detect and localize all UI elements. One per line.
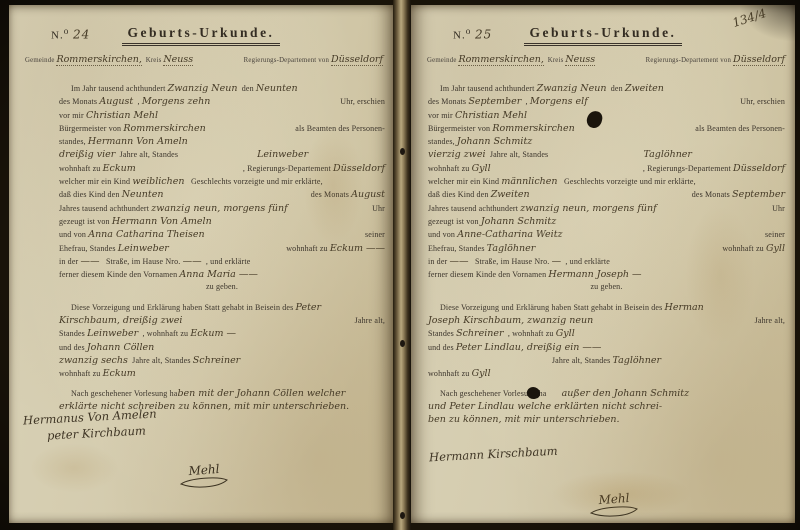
printed-text: zu geben.	[206, 282, 238, 291]
text-line: und von Anna Catharina Theisenseiner	[59, 229, 385, 242]
text-line: Bürgermeister von Rommerskirchenals Beam…	[59, 123, 385, 136]
printed-text: Bürgermeister von	[428, 124, 492, 133]
handwritten-text: September	[732, 189, 785, 200]
printed-text: welcher mir ein Kind	[59, 177, 132, 186]
printed-text: Gemeinde	[427, 57, 458, 64]
text-line: zwanzig sechs Jahre alt, Standes Schrein…	[59, 355, 385, 368]
handwritten-text: Schreiner	[193, 355, 240, 366]
printed-text: des Monats	[59, 97, 99, 106]
text-line: Ehefrau, Standes Taglöhnerwohnhaft zu Gy…	[428, 243, 785, 256]
handwritten-text: Zweiten	[625, 83, 664, 94]
handwritten-text: zwanzig sechs	[59, 355, 128, 366]
registrar-signature: Mehl	[579, 492, 649, 518]
handwritten-text: dreißig vier	[59, 149, 115, 160]
text-line: und Peter Lindlau welche erklärten nicht…	[428, 401, 785, 414]
handwritten-text: ben mit der Johann Cöllen welcher	[177, 388, 345, 399]
handwritten-text: Zwanzig Neun	[537, 83, 607, 94]
text-line: Jahres tausend achthundert zwanzig neun,…	[59, 203, 385, 216]
witness-signature: peter Kirchbaum	[47, 423, 146, 442]
handwritten-text: ——	[450, 256, 469, 267]
binding-stitch	[400, 148, 405, 155]
handwritten-text: Zwanzig Neun	[168, 83, 238, 94]
handwritten-text: Neunten	[122, 189, 164, 200]
printed-text: und von	[428, 230, 457, 239]
handwritten-text: männlichen	[501, 176, 557, 187]
printed-text: ferner diesem Kinde den Vornamen	[428, 270, 548, 279]
handwritten-text: Gyll	[556, 328, 575, 339]
printed-text: Jahre alt, Standes	[486, 150, 551, 159]
book-binding-gutter	[393, 0, 411, 530]
printed-text: , Regierungs-Departement	[243, 164, 333, 173]
text-line: Gemeinde Rommerskirchen, Kreis NeussRegi…	[427, 54, 785, 67]
printed-text: seiner	[365, 230, 385, 239]
handwritten-text: Johann Schmitz	[457, 136, 532, 147]
handwritten-text: und Peter Lindlau welche erklärten nicht…	[428, 401, 662, 412]
handwritten-text: Düsseldorf	[733, 54, 785, 66]
printed-text: , wohnhaft zu	[504, 329, 556, 338]
printed-text: Jahre alt, Standes	[128, 356, 193, 365]
printed-text: Straße, im Hause Nro.	[469, 257, 552, 266]
certificate-body-text: Im Jahr tausend achthundert Zwanzig Neun…	[428, 83, 785, 427]
handwritten-text: Herman	[665, 302, 704, 313]
printed-text: des Monats	[311, 190, 351, 199]
printed-text: vor mir	[59, 111, 86, 120]
certificate-title: Geburts-Urkunde.	[9, 24, 393, 46]
handwritten-text: ben zu können, mit mir unterschrieben.	[428, 414, 620, 425]
handwritten-text: zwanzig neun, morgens fünf	[520, 203, 656, 214]
printed-text: Uhr, erschien	[340, 97, 385, 106]
printed-text: Diese Vorzeigung und Erklärung haben Sta…	[71, 303, 296, 312]
printed-text: in der	[428, 257, 450, 266]
text-line: Ehefrau, Standes Leinweberwohnhaft zu Ec…	[59, 243, 385, 256]
printed-text: welcher mir ein Kind	[428, 177, 501, 186]
handwritten-text: Rommerskirchen	[123, 123, 205, 134]
handwritten-text: Taglöhner	[643, 149, 692, 160]
text-line: in der —— Straße, im Hause Nro. —— , und…	[59, 256, 385, 269]
handwritten-text: Kirschbaum, dreißig zwei	[59, 315, 182, 326]
printed-text: wohnhaft zu	[59, 164, 103, 173]
witness-signature: Hermann Kirschbaum	[429, 444, 558, 465]
handwritten-text: Rommerskirchen,	[458, 54, 543, 66]
printed-text: zu geben.	[590, 282, 622, 291]
printed-text: Jahre alt,	[755, 316, 785, 325]
handwritten-text: August	[99, 96, 133, 107]
handwritten-text: Eckum ——	[330, 243, 385, 254]
printed-text: vor mir	[428, 111, 455, 120]
handwritten-text: weiblichen	[132, 176, 184, 187]
text-line: Standes Schreiner , wohnhaft zu Gyll	[428, 328, 785, 341]
printed-text: Kreis	[544, 57, 565, 64]
handwritten-text: Morgens zehn	[142, 96, 211, 107]
printed-text: Standes	[59, 329, 87, 338]
handwritten-text: Eckum	[103, 368, 136, 379]
printed-text: Geschlechts vorzeigte und mir erklärte,	[185, 177, 323, 186]
printed-text: Gemeinde	[25, 57, 56, 64]
handwritten-text: August	[351, 189, 385, 200]
handwritten-text: Leinweber	[87, 328, 138, 339]
handwritten-text: Peter Lindlau, dreißig ein ——	[456, 342, 602, 353]
text-line: Jahres tausend achthundert zwanzig neun,…	[428, 203, 785, 216]
text-line: gezeugt ist von Hermann Von Ameln	[59, 216, 385, 229]
printed-text: , wohnhaft zu	[138, 329, 190, 338]
text-line: und von Anne-Catharina Weitzseiner	[428, 229, 785, 242]
text-line: und des Johann Cöllen	[59, 342, 385, 355]
handwritten-text: ——	[81, 256, 100, 267]
handwritten-text: Anna Catharina Theisen	[88, 229, 204, 240]
handwritten-text: Rommerskirchen	[492, 123, 574, 134]
printed-text: Im Jahr tausend achthundert	[440, 84, 537, 93]
text-line: Jahre alt, Standes Taglöhner	[428, 355, 785, 368]
printed-text: wohnhaft zu	[286, 244, 330, 253]
printed-text: wohnhaft zu	[428, 164, 472, 173]
printed-text: daß dies Kind den	[428, 190, 491, 199]
paper-stain	[29, 443, 119, 493]
text-line: daß dies Kind den Neuntendes Monats Augu…	[59, 189, 385, 202]
handwritten-text: Taglöhner	[613, 355, 662, 366]
text-line: standes, Johann Schmitz	[428, 136, 785, 149]
handwritten-text: Johann Cöllen	[87, 342, 154, 353]
printed-text: Im Jahr tausend achthundert	[71, 84, 168, 93]
printed-text: , Regierungs-Departement	[643, 164, 733, 173]
printed-text: Uhr	[372, 204, 385, 213]
text-line: vierzig zwei Jahre alt, Standes Taglöhne…	[428, 149, 785, 162]
handwritten-text: Christian Mehl	[86, 110, 158, 121]
registrar-signature: Mehl	[169, 463, 239, 489]
handwritten-text: Gyll	[472, 368, 491, 379]
certificate-body-text: Im Jahr tausend achthundert Zwanzig Neun…	[59, 83, 385, 414]
text-line: Im Jahr tausend achthundert Zwanzig Neun…	[59, 83, 385, 96]
handwritten-text: Gyll	[472, 163, 491, 174]
text-line: zu geben.	[59, 282, 385, 295]
handwritten-text: Anna Maria ——	[179, 269, 257, 280]
handwritten-text: Zweiten	[491, 189, 530, 200]
handwritten-text: Leinweber	[257, 149, 308, 160]
printed-text: wohnhaft zu	[722, 244, 766, 253]
printed-text: ,	[133, 97, 142, 106]
printed-text: Standes	[428, 329, 456, 338]
printed-text: , und erklärte	[561, 257, 610, 266]
handwritten-text: ——	[183, 256, 202, 267]
handwritten-text: Hermann Von Ameln	[88, 136, 188, 147]
printed-text: ferner diesem Kinde den Vornamen	[59, 270, 179, 279]
handwritten-text: Morgens elf	[530, 96, 588, 107]
printed-text: Diese Vorzeigung und Erklärung haben Sta…	[440, 303, 665, 312]
handwritten-text: außer den Johann Schmitz	[546, 388, 689, 399]
handwritten-text: Neuss	[565, 54, 595, 66]
printed-text: Jahre alt,	[355, 316, 385, 325]
printed-text: Regierungs-Departement von	[244, 57, 331, 64]
handwritten-text: Taglöhner	[487, 243, 536, 254]
handwritten-text: Neuss	[163, 54, 193, 66]
handwritten-text: Rommerskirchen,	[56, 54, 141, 66]
printed-text: den	[606, 84, 624, 93]
printed-text: gezeugt ist von	[59, 217, 112, 226]
handwritten-text: Eckum —	[190, 328, 236, 339]
text-line: gezeugt ist von Johann Schmitz	[428, 216, 785, 229]
text-line: welcher mir ein Kind männlichen Geschlec…	[428, 176, 785, 189]
certificate-title: Geburts-Urkunde.	[411, 24, 795, 46]
printed-text: Bürgermeister von	[59, 124, 123, 133]
text-line: dreißig vier Jahre alt, Standes Leinwebe…	[59, 149, 385, 162]
handwritten-text: Peter	[296, 302, 322, 313]
handwritten-text: Anne-Catharina Weitz	[457, 229, 562, 240]
text-line: des Monats September , Morgens elfUhr, e…	[428, 96, 785, 109]
text-line: Im Jahr tausend achthundert Zwanzig Neun…	[428, 83, 785, 96]
text-line: Standes Leinweber , wohnhaft zu Eckum —	[59, 328, 385, 341]
printed-text: des Monats	[692, 190, 732, 199]
printed-text: Regierungs-Departement von	[646, 57, 733, 64]
text-line: Nach geschehener Vorlesung ha außer den …	[428, 388, 785, 401]
text-line: Nach geschehener Vorlesung haben mit der…	[59, 388, 385, 401]
text-line: daß dies Kind den Zweitendes Monats Sept…	[428, 189, 785, 202]
text-line: wohnhaft zu Eckum	[59, 368, 385, 381]
printed-text: und des	[59, 343, 87, 352]
text-line: welcher mir ein Kind weiblichen Geschlec…	[59, 176, 385, 189]
handwritten-text: Hermann Von Ameln	[112, 216, 212, 227]
text-line: in der —— Straße, im Hause Nro. — , und …	[428, 256, 785, 269]
printed-text: Nach geschehener Vorlesung ha	[71, 389, 177, 398]
printed-text: und von	[59, 230, 88, 239]
printed-text: Ehefrau, Standes	[428, 244, 487, 253]
handwritten-text: Düsseldorf	[733, 163, 785, 174]
text-line: ferner diesem Kinde den Vornamen Anna Ma…	[59, 269, 385, 282]
text-line: vor mir Christian Mehl	[59, 110, 385, 123]
printed-text: wohnhaft zu	[59, 369, 103, 378]
handwritten-text: Schreiner	[456, 328, 503, 339]
printed-text: Geschlechts vorzeigte und mir erklärte,	[558, 177, 696, 186]
printed-text: Uhr, erschien	[740, 97, 785, 106]
binding-stitch	[400, 340, 405, 347]
handwritten-text: Leinweber	[118, 243, 169, 254]
printed-text: seiner	[765, 230, 785, 239]
printed-text: Jahre alt, Standes	[115, 150, 180, 159]
printed-text: Straße, im Hause Nro.	[100, 257, 183, 266]
handwritten-text: Eckum	[103, 163, 136, 174]
text-line: Diese Vorzeigung und Erklärung haben Sta…	[59, 302, 385, 315]
text-line: wohnhaft zu Eckum, Regierungs-Departemen…	[59, 163, 385, 176]
text-line: ben zu können, mit mir unterschrieben.	[428, 414, 785, 427]
printed-text: standes,	[59, 137, 88, 146]
printed-text: als Beamten des Personen-	[295, 124, 385, 133]
text-line: wohnhaft zu Gyll, Regierungs-Departement…	[428, 163, 785, 176]
handwritten-text: Christian Mehl	[455, 110, 527, 121]
handwritten-text: Düsseldorf	[333, 163, 385, 174]
text-line: Bürgermeister von Rommerskirchenals Beam…	[428, 123, 785, 136]
gemeinde-line: Gemeinde Rommerskirchen, Kreis NeussRegi…	[25, 54, 383, 67]
printed-text: und des	[428, 343, 456, 352]
text-line: zu geben.	[428, 282, 785, 295]
handwritten-text: Joseph Kirschbaum, zwanzig neun	[428, 315, 593, 326]
text-line: Diese Vorzeigung und Erklärung haben Sta…	[428, 302, 785, 315]
handwritten-text: zwanzig neun, morgens fünf	[151, 203, 287, 214]
printed-text: Ehefrau, Standes	[59, 244, 118, 253]
handwritten-text: September	[468, 96, 521, 107]
handwritten-text: Düsseldorf	[331, 54, 383, 66]
printed-text: ,	[521, 97, 530, 106]
printed-text: Jahre alt, Standes	[552, 356, 613, 365]
printed-text: daß dies Kind den	[59, 190, 122, 199]
text-line: Gemeinde Rommerskirchen, Kreis NeussRegi…	[25, 54, 383, 67]
handwritten-text: —	[552, 256, 562, 267]
handwritten-text: vierzig zwei	[428, 149, 486, 160]
printed-text: gezeugt ist von	[428, 217, 481, 226]
binding-stitch	[400, 512, 405, 519]
printed-text: als Beamten des Personen-	[695, 124, 785, 133]
printed-text: Jahres tausend achthundert	[428, 204, 520, 213]
handwritten-text: Johann Schmitz	[481, 216, 556, 227]
register-page-left: N.o 24 Geburts-Urkunde. Gemeinde Rommers…	[9, 5, 393, 523]
text-line: vor mir Christian Mehl	[428, 110, 785, 123]
printed-text: in der	[59, 257, 81, 266]
text-line: und des Peter Lindlau, dreißig ein ——	[428, 342, 785, 355]
gemeinde-line: Gemeinde Rommerskirchen, Kreis NeussRegi…	[427, 54, 785, 67]
printed-text: Uhr	[772, 204, 785, 213]
photo-of-register-book: { "pages": [ { "no_label": "N.", "no_sup…	[0, 0, 800, 530]
text-line: wohnhaft zu Gyll	[428, 368, 785, 381]
handwritten-text: Hermann Joseph —	[548, 269, 641, 280]
handwritten-text: Neunten	[256, 83, 298, 94]
text-line: Kirschbaum, dreißig zweiJahre alt,	[59, 315, 385, 328]
printed-text: den	[237, 84, 255, 93]
printed-text: Jahres tausend achthundert	[59, 204, 151, 213]
printed-text: standes,	[428, 137, 457, 146]
printed-text: wohnhaft zu	[428, 369, 472, 378]
printed-text: des Monats	[428, 97, 468, 106]
text-line: des Monats August , Morgens zehnUhr, ers…	[59, 96, 385, 109]
text-line: ferner diesem Kinde den Vornamen Hermann…	[428, 269, 785, 282]
register-page-right: 134/4 N.o 25 Geburts-Urkunde. Gemeinde R…	[411, 5, 795, 523]
text-line: Joseph Kirschbaum, zwanzig neunJahre alt…	[428, 315, 785, 328]
printed-text: , und erklärte	[202, 257, 251, 266]
handwritten-text: Gyll	[766, 243, 785, 254]
printed-text: Kreis	[142, 57, 163, 64]
text-line: standes, Hermann Von Ameln	[59, 136, 385, 149]
